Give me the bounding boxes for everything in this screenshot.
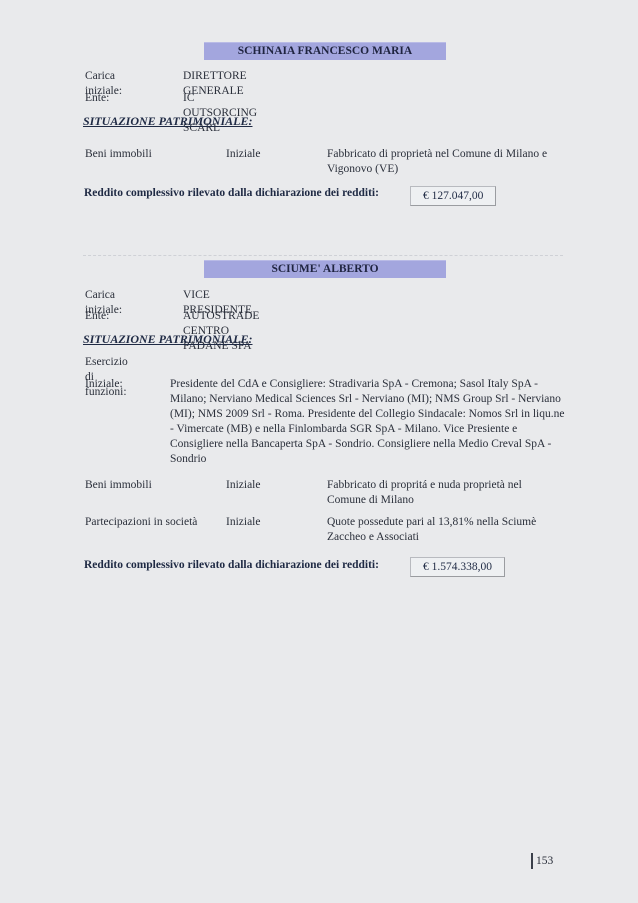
income-value: € 1.574.338,00 [410, 557, 505, 577]
section-divider [83, 255, 563, 256]
funzioni-text: Presidente del CdA e Consigliere: Stradi… [170, 377, 570, 467]
asset-type: Partecipazioni in società [85, 515, 197, 530]
asset-description: Fabbricato di propritá e nuda proprietà … [327, 478, 542, 508]
asset-type: Beni immobili [85, 478, 152, 493]
person-name-header: SCHINAIA FRANCESCO MARIA [204, 42, 446, 60]
asset-phase: Iniziale [226, 147, 260, 162]
asset-description: Quote possedute pari al 13,81% nella Sci… [327, 515, 552, 545]
asset-phase: Iniziale [226, 515, 260, 530]
asset-description: Fabbricato di proprietà nel Comune di Mi… [327, 147, 567, 177]
funzioni-phase: Iniziale: [85, 377, 123, 392]
income-label: Reddito complessivo rilevato dalla dichi… [84, 187, 379, 199]
ente-label: Ente: [85, 309, 109, 324]
ente-label: Ente: [85, 91, 109, 106]
asset-type: Beni immobili [85, 147, 152, 162]
income-value: € 127.047,00 [410, 186, 496, 206]
person-name-header: SCIUME' ALBERTO [204, 260, 446, 278]
section-title: SITUAZIONE PATRIMONIALE: [83, 332, 252, 347]
document-page: SCHINAIA FRANCESCO MARIA Carica iniziale… [0, 0, 638, 903]
income-label: Reddito complessivo rilevato dalla dichi… [84, 559, 379, 571]
section-title: SITUAZIONE PATRIMONIALE: [83, 114, 252, 129]
asset-phase: Iniziale [226, 478, 260, 493]
page-number: 153 [531, 853, 553, 869]
